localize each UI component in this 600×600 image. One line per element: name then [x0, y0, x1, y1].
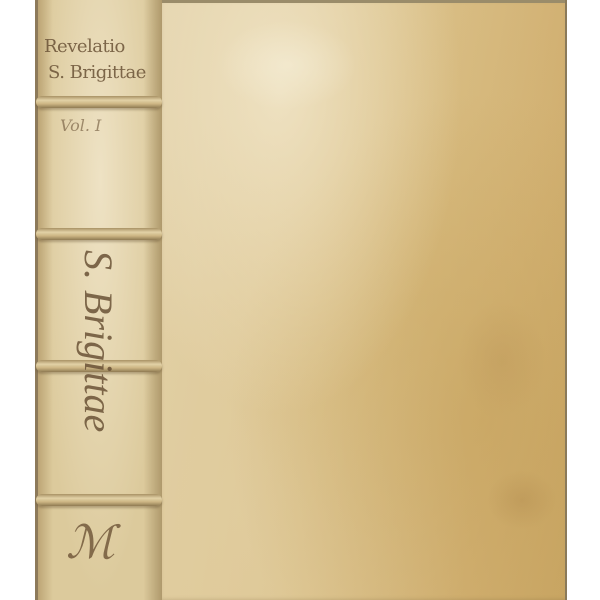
- book-spine: Revelatio S. Brigittae Vol. I S. Brigitt…: [35, 0, 162, 600]
- book: Revelatio S. Brigittae Vol. I S. Brigitt…: [35, 0, 565, 600]
- spine-raised-band: [36, 228, 162, 240]
- spine-vertical-title: S. Brigittae: [68, 250, 128, 500]
- cover-top-edge: [157, 0, 565, 3]
- spine-flourish-icon: ℳ: [66, 515, 115, 569]
- cover-stain: [487, 470, 557, 530]
- spine-title-line-2: S. Brigittae: [48, 62, 146, 83]
- spine-title-line-1: Revelatio: [44, 36, 125, 57]
- spine-raised-band: [36, 96, 162, 108]
- spine-volume-label: Vol. I: [60, 116, 101, 135]
- cover-stain: [217, 20, 357, 110]
- front-cover: [157, 0, 567, 600]
- cover-stain: [457, 300, 547, 420]
